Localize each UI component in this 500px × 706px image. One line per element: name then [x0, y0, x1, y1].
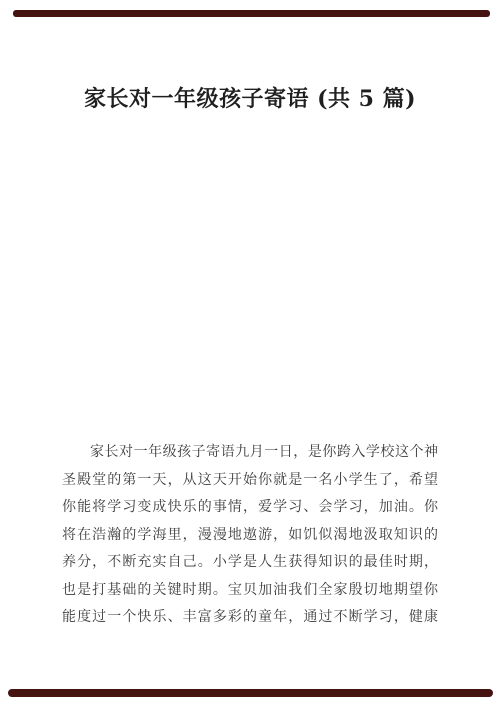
document-title: 家长对一年级孩子寄语 (共 5 篇)	[0, 84, 500, 114]
scan-edge-bar-bottom	[8, 689, 493, 697]
paragraph-line: 圣殿堂的第一天，从这天开始你就是一名小学生了，希望	[62, 467, 438, 495]
scan-edge-bar-top	[13, 10, 490, 17]
body-paragraph: 家长对一年级孩子寄语九月一日，是你跨入学校这个神圣殿堂的第一天，从这天开始你就是…	[62, 439, 438, 632]
paragraph-line: 能度过一个快乐、丰富多彩的童年，通过不断学习，健康	[62, 604, 438, 632]
paragraph-line: 养分，不断充实自己。小学是人生获得知识的最佳时期，	[62, 549, 438, 577]
paragraph-line: 你能将学习变成快乐的事情，爱学习、会学习，加油。你	[62, 494, 438, 522]
document-page: 家长对一年级孩子寄语 (共 5 篇) 家长对一年级孩子寄语九月一日，是你跨入学校…	[0, 0, 500, 706]
paragraph-line: 家长对一年级孩子寄语九月一日，是你跨入学校这个神	[62, 439, 438, 467]
paragraph-line: 也是打基础的关键时期。宝贝加油我们全家殷切地期望你	[62, 577, 438, 605]
paragraph-line: 将在浩瀚的学海里，漫漫地遨游，如饥似渴地汲取知识的	[62, 522, 438, 550]
